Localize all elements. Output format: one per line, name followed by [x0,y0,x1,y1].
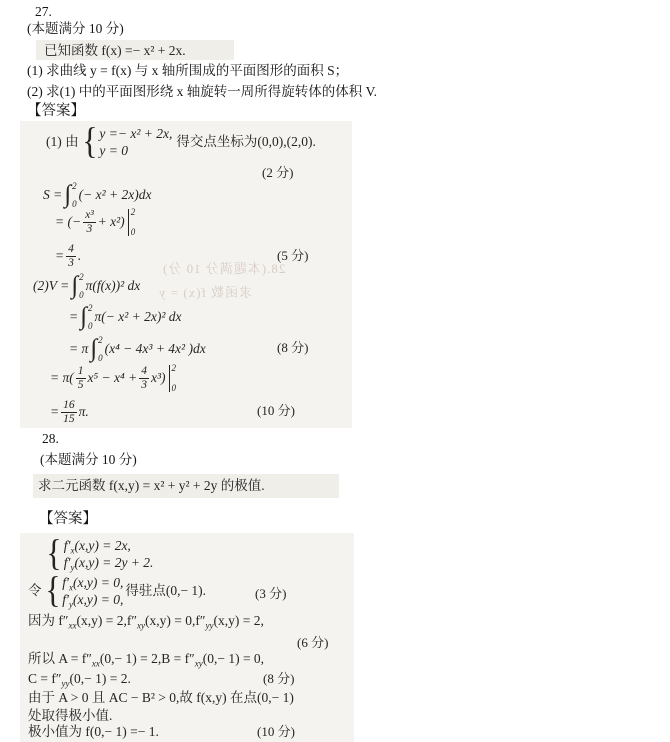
q27-answer-label: 【答案】 [27,102,85,120]
evaluation-bar: 20 [128,208,136,237]
sol27-line7: = ∫ 20 π(− x² + 2x)² dx [69,302,182,332]
sol27-l9-mid: x⁵ − x⁴ + [88,369,138,387]
integral-sign: ∫ 20 [64,182,76,209]
sol27-l10-eq: = [50,403,59,421]
fraction: 4 3 [139,365,149,391]
sol28-line3: 因为 f″xx(x,y) = 2,f″xy(x,y) = 0,f″yy(x,y)… [28,612,264,630]
fraction: 1 5 [76,365,86,391]
fraction: 4 3 [66,243,76,269]
fraction: x³ 3 [83,209,96,235]
sol27-l6-lhs: (2)V = [33,277,69,295]
sol27-l4-tail: + x²) [98,213,125,231]
sol27-line1: (1) 由 { y =− x² + 2x, y = 0 得交点坐标为(0,0),… [46,123,316,161]
left-brace-glyph: { [46,537,61,570]
sol27-l7-body: π(− x² + 2x)² dx [94,308,181,326]
sol27-l3-lhs: S = [43,186,62,204]
sol27-l5-tail: . [78,247,81,265]
q27-part1: (1) 求曲线 y = f(x) 与 x 轴所围成的平面图形的面积 S； [27,62,348,80]
sol27-l8-eq: = π [69,340,88,358]
integral-sign: ∫ 20 [80,304,92,331]
left-brace-glyph: { [82,125,97,158]
score-mark-6: (6 分) [297,634,328,652]
q27-number: 27. [35,3,52,21]
sol27-line1-suffix: 得交点坐标为(0,0),(2,0). [176,133,315,151]
evaluation-bar: 20 [169,364,177,393]
score-mark-10: (10 分) [257,402,295,420]
sol27-l9-tail: x³) [151,369,166,387]
integral-sign: ∫ 20 [90,336,102,363]
sol28-c1-row2: f′y(x,y) = 2y + 2. [64,555,154,570]
q28-full-marks: (本题满分 10 分) [40,451,137,469]
score-mark-2: (2 分) [262,164,293,182]
score-mark-3: (3 分) [255,585,286,603]
sol28-line9: 极小值为 f(0,− 1) =− 1. [28,723,159,741]
q27-part2: (2) 求(1) 中的平面图形绕 x 轴旋转一周所得旋转体的体积 V. [27,83,377,101]
sol28-line6: C = f″yy(0,− 1) = 2. [28,670,131,688]
sol28-l2-suffix: 得驻点(0,− 1). [125,582,206,600]
sol27-l9-eq: = π( [50,369,74,387]
cases-bracket: { f′x(x,y) = 2x, f′y(x,y) = 2y + 2. [45,537,153,570]
sol28-c2-row2: f′y(x,y) = 0, [62,592,123,607]
q28-answer-label: 【答案】 [39,510,97,528]
sol28-c2-row1: f′x(x,y) = 0, [62,575,123,590]
document-page: 28.(本题满分 10 分) 求函数 f(x) = y 27. (本题满分 10… [0,0,670,742]
fraction: 16 15 [61,399,77,425]
sol27-line9: = π( 1 5 x⁵ − x⁴ + 4 3 x³) 20 [50,361,176,395]
sol28-l2-prefix: 令 [28,582,42,600]
sol27-line1-prefix: (1) 由 [46,133,79,151]
sol27-l3-body: (− x² + 2x)dx [79,186,152,204]
cases-bracket: { y =− x² + 2x, y = 0 [81,125,173,158]
score-mark-8b: (8 分) [263,670,294,688]
sol28-line2: 令 { f′x(x,y) = 0, f′y(x,y) = 0, 得驻点(0,− … [28,572,206,610]
left-brace-glyph: { [45,574,60,607]
integral-sign: ∫ 20 [71,273,83,300]
sol27-l5-eq: = [55,247,64,265]
sol27-line10: = 16 15 π. [50,396,89,428]
sol27-l7-eq: = [69,308,78,326]
sol27-line8: = π ∫ 20 (x⁴ − 4x³ + 4x² )dx [69,334,206,364]
q27-given: 已知函数 f(x) =− x² + 2x. [44,42,186,60]
q28-number: 28. [42,430,59,448]
sol27-case-row1: y =− x² + 2x, [99,126,172,141]
score-mark-10b: (10 分) [257,723,295,741]
bleed-through-text-2: 求函数 f(x) = y [158,282,252,301]
sol27-l10-tail: π. [79,403,89,421]
sol28-c1-row1: f′x(x,y) = 2x, [64,538,154,553]
sol28-line5: 所以 A = f″xx(0,− 1) = 2,B = f″xy(0,− 1) =… [28,650,264,668]
sol28-line1: { f′x(x,y) = 2x, f′y(x,y) = 2y + 2. [43,536,155,572]
sol27-l8-body: (x⁴ − 4x³ + 4x² )dx [105,340,206,358]
q28-question: 求二元函数 f(x,y) = x² + y² + 2y 的极值. [38,477,265,495]
cases-bracket: { f′x(x,y) = 0, f′y(x,y) = 0, [44,574,124,607]
bleed-through-text-1: 28.(本题满分 10 分) [162,258,285,277]
score-mark-8: (8 分) [277,339,308,357]
sol27-case-row2: y = 0 [99,143,172,158]
sol27-line5: = 4 3 . [55,241,81,271]
score-mark-5: (5 分) [277,247,308,265]
sol27-l4-eq: = (− [55,213,81,231]
sol27-line4: = (− x³ 3 + x²) 20 [55,206,135,238]
sol27-line6: (2)V = ∫ 20 π(f(x))² dx [33,271,140,301]
sol28-line7: 由于 A > 0 且 AC − B² > 0,故 f(x,y) 在点(0,− 1… [28,689,294,707]
sol27-l6-body: π(f(x))² dx [86,277,141,295]
q27-full-marks: (本题满分 10 分) [27,20,124,38]
